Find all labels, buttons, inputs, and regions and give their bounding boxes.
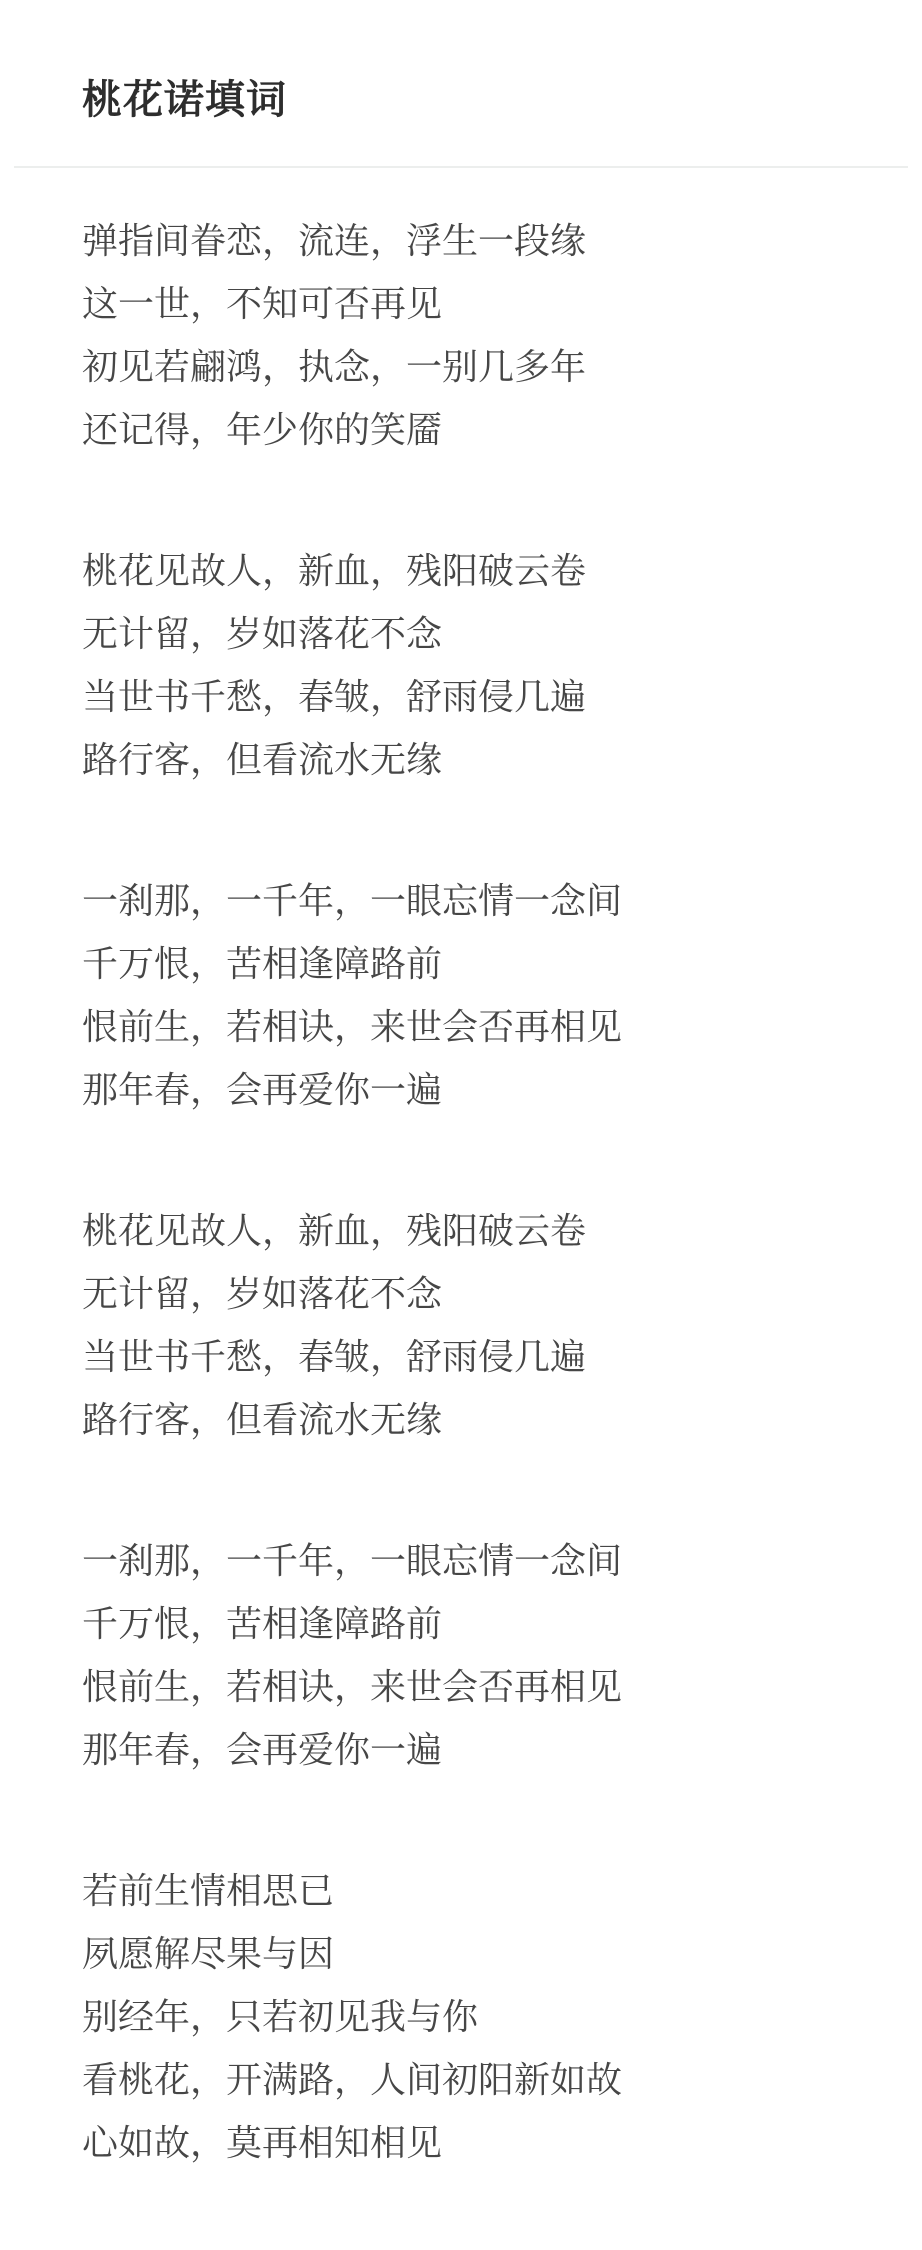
lyric-line: 当世书千愁，春皱，舒雨侵几遍	[82, 665, 862, 728]
lyric-line: 桃花见故人，新血，残阳破云卷	[82, 539, 862, 602]
lyric-line: 恨前生，若相诀，来世会否再相见	[82, 1655, 862, 1718]
lyric-line: 无计留，岁如落花不念	[82, 602, 862, 665]
lyric-line: 心如故，莫再相知相见	[82, 2111, 862, 2174]
lyric-line: 无计留，岁如落花不念	[82, 1262, 862, 1325]
lyrics-body: 弹指间眷恋，流连，浮生一段缘 这一世，不知可否再见 初见若翩鸿，执念，一别几多年…	[0, 168, 922, 2174]
stanza-2: 桃花见故人，新血，残阳破云卷 无计留，岁如落花不念 当世书千愁，春皱，舒雨侵几遍…	[82, 539, 862, 791]
lyric-line: 路行客，但看流水无缘	[82, 1388, 862, 1451]
stanza-3: 一刹那，一千年，一眼忘情一念间 千万恨，苦相逢障路前 恨前生，若相诀，来世会否再…	[82, 869, 862, 1121]
lyric-line: 千万恨，苦相逢障路前	[82, 1592, 862, 1655]
lyric-line: 那年春，会再爱你一遍	[82, 1058, 862, 1121]
lyric-line: 那年春，会再爱你一遍	[82, 1718, 862, 1781]
lyric-line: 别经年，只若初见我与你	[82, 1985, 862, 2048]
lyric-line: 这一世，不知可否再见	[82, 272, 862, 335]
page-header: 桃花诺填词	[0, 0, 922, 128]
lyric-line: 恨前生，若相诀，来世会否再相见	[82, 995, 862, 1058]
lyric-line: 初见若翩鸿，执念，一别几多年	[82, 335, 862, 398]
stanza-5: 一刹那，一千年，一眼忘情一念间 千万恨，苦相逢障路前 恨前生，若相诀，来世会否再…	[82, 1529, 862, 1781]
lyric-line: 路行客，但看流水无缘	[82, 728, 862, 791]
lyric-line: 看桃花，开满路，人间初阳新如故	[82, 2048, 862, 2111]
lyrics-page: 桃花诺填词 弹指间眷恋，流连，浮生一段缘 这一世，不知可否再见 初见若翩鸿，执念…	[0, 0, 922, 2250]
lyric-line: 还记得，年少你的笑靥	[82, 398, 862, 461]
page-title: 桃花诺填词	[82, 72, 922, 128]
lyric-line: 夙愿解尽果与因	[82, 1922, 862, 1985]
stanza-6: 若前生情相思已 夙愿解尽果与因 别经年，只若初见我与你 看桃花，开满路，人间初阳…	[82, 1859, 862, 2174]
lyric-line: 千万恨，苦相逢障路前	[82, 932, 862, 995]
lyric-line: 桃花见故人，新血，残阳破云卷	[82, 1199, 862, 1262]
stanza-1: 弹指间眷恋，流连，浮生一段缘 这一世，不知可否再见 初见若翩鸿，执念，一别几多年…	[82, 209, 862, 461]
stanza-4: 桃花见故人，新血，残阳破云卷 无计留，岁如落花不念 当世书千愁，春皱，舒雨侵几遍…	[82, 1199, 862, 1451]
lyric-line: 若前生情相思已	[82, 1859, 862, 1922]
lyric-line: 一刹那，一千年，一眼忘情一念间	[82, 869, 862, 932]
lyric-line: 一刹那，一千年，一眼忘情一念间	[82, 1529, 862, 1592]
lyric-line: 当世书千愁，春皱，舒雨侵几遍	[82, 1325, 862, 1388]
lyric-line: 弹指间眷恋，流连，浮生一段缘	[82, 209, 862, 272]
